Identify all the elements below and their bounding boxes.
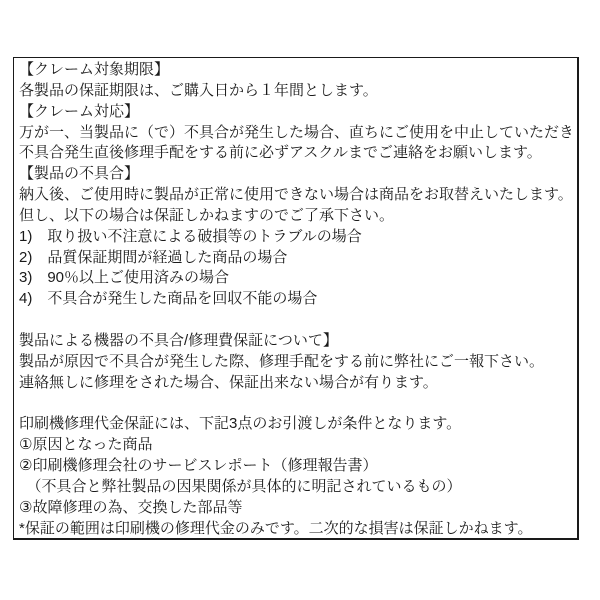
- circled-item-3: ③故障修理の為、交換した部品等: [19, 498, 571, 519]
- text-line: 万が一、当製品に（で）不具合が発生した場合、直ちにご使用を中止していただき: [19, 123, 571, 144]
- list-item-3: 3) 90％以上ご使用済みの場合: [19, 268, 571, 289]
- warranty-notice-box: 【クレーム対象期限】 各製品の保証期限は、ご購入日から１年間とします。 【クレー…: [13, 57, 579, 540]
- text-line: 印刷機修理代金保証には、下記3点のお引渡しが条件となります。: [19, 414, 571, 435]
- list-item-1: 1) 取り扱い不注意による破損等のトラブルの場合: [19, 227, 571, 248]
- section-heading-claim-response: 【クレーム対応】: [19, 102, 571, 123]
- section-heading-product-defect: 【製品の不具合】: [19, 164, 571, 185]
- text-line: 納入後、ご使用時に製品が正常に使用できない場合は商品をお取替えいたします。: [19, 185, 571, 206]
- page-background: { "meta": { "background_color": "#ffffff…: [0, 0, 600, 600]
- list-item-2: 2) 品質保証期間が経過した商品の場合: [19, 248, 571, 269]
- blank-line: [19, 394, 571, 415]
- circled-item-2-continuation: （不具合と弊社製品の因果関係が具体的に明記されているもの）: [19, 477, 571, 498]
- list-item-4: 4) 不具合が発生した商品を回収不能の場合: [19, 289, 571, 310]
- footnote-line: *保証の範囲は印刷機の修理代金のみです。二次的な損害は保証しかねます。: [19, 519, 571, 540]
- text-line: 連絡無しに修理をされた場合、保証出来ない場合が有ります。: [19, 373, 571, 394]
- circled-item-2: ②印刷機修理会社のサービスレポート（修理報告書）: [19, 456, 571, 477]
- text-line: 各製品の保証期限は、ご購入日から１年間とします。: [19, 81, 571, 102]
- section-heading-repair-cost-warranty: 製品による機器の不具合/修理費保証について】: [19, 331, 571, 352]
- blank-line: [19, 310, 571, 331]
- circled-item-1: ①原因となった商品: [19, 435, 571, 456]
- text-line: 製品が原因で不具合が発生した際、修理手配をする前に弊社にご一報下さい。: [19, 352, 571, 373]
- section-heading-claim-period: 【クレーム対象期限】: [19, 60, 571, 81]
- text-line: 但し、以下の場合は保証しかねますのでご了承下さい。: [19, 206, 571, 227]
- text-line: 不具合発生直後修理手配をする前に必ずアスクルまでご連絡をお願いします。: [19, 143, 571, 164]
